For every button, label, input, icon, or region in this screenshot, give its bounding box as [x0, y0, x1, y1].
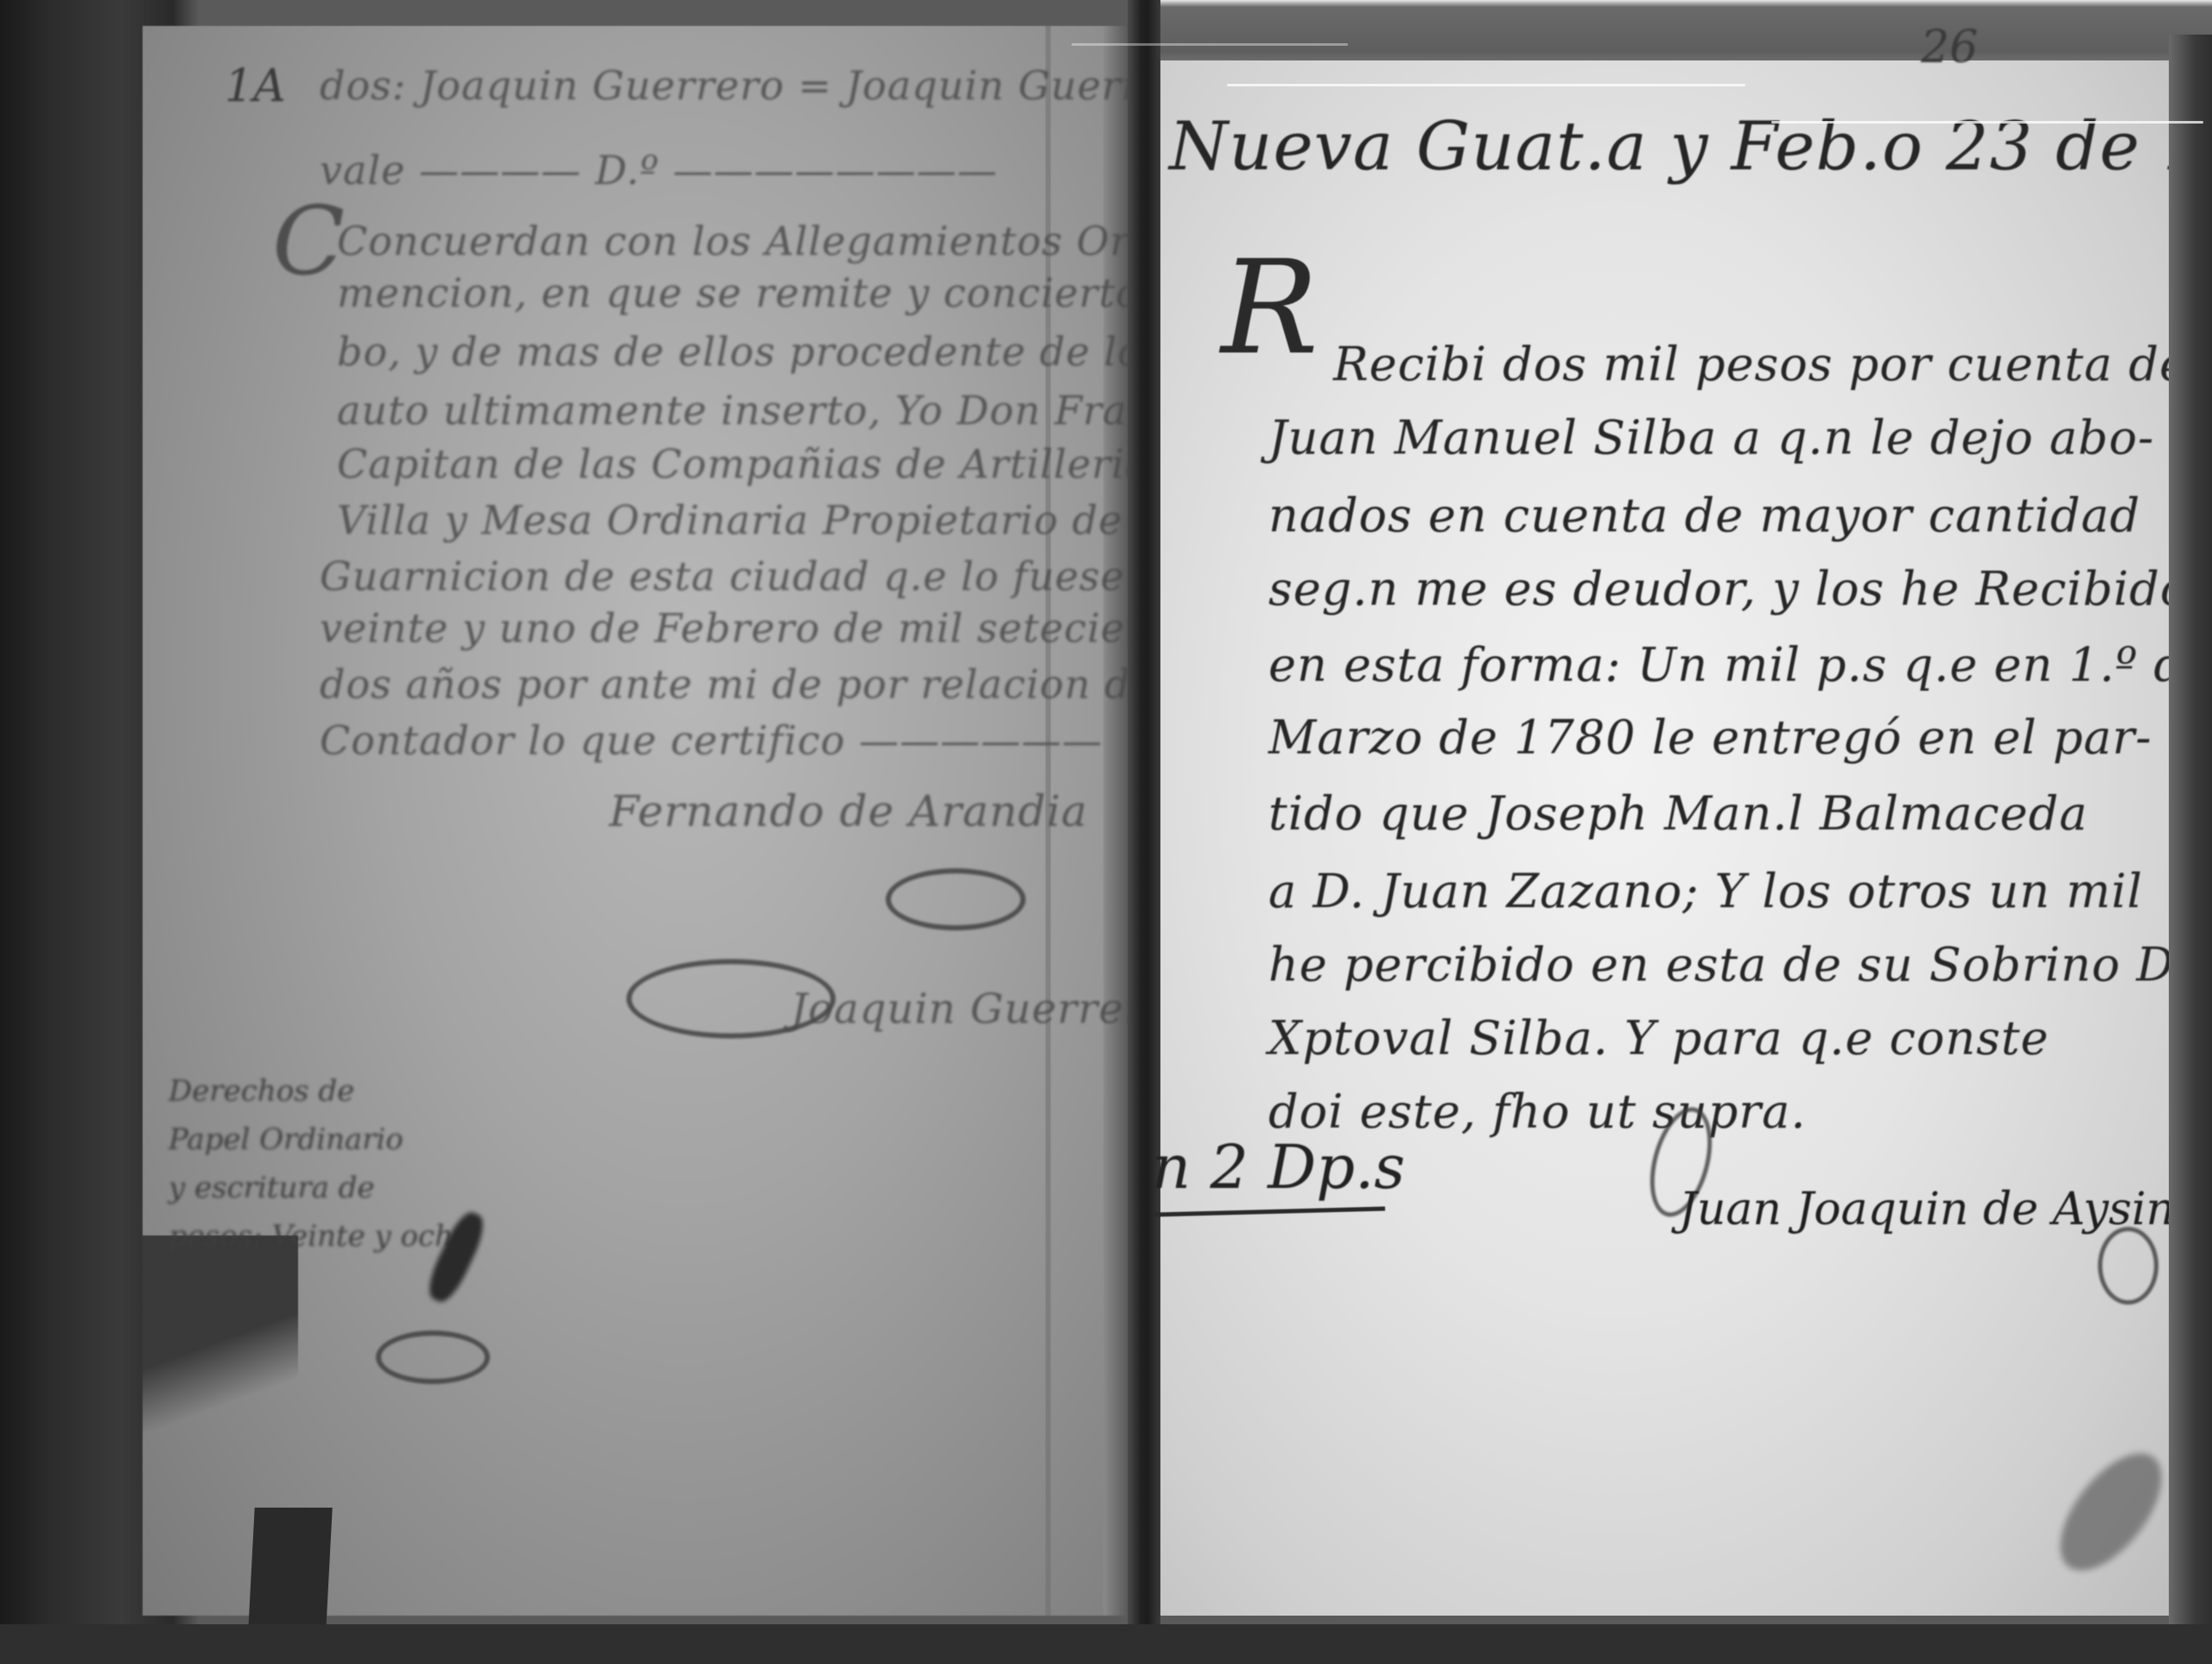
paper-stain — [2041, 1436, 2181, 1587]
attestation-name: Fernando de Arandia — [609, 786, 1088, 836]
text-line: Xptoval Silba. Y para q.e conste — [1268, 1011, 2050, 1065]
film-scratch — [1227, 84, 1745, 86]
text-line: tido que Joseph Man.l Balmaceda — [1268, 786, 2088, 841]
text-line: dos años por ante mi de por relacion del — [320, 661, 1169, 708]
page-inner-edge — [1103, 26, 1128, 1616]
margin-note-line: Papel Ordinario — [168, 1115, 471, 1164]
text-line: Villa y Mesa Ordinaria Propietario de la — [337, 497, 1174, 543]
margin-reference: n 2 Dp.s — [1152, 1132, 1405, 1203]
film-right-edge — [2169, 35, 2212, 1664]
left-page: 1A dos: Joaquin Guerrero = Joaquin Guerr… — [143, 26, 1128, 1616]
text-line: Recibi dos mil pesos por cuenta de D. — [1333, 337, 2212, 391]
text-line: Juan Manuel Silba a q.n le dejo abo- — [1268, 410, 2154, 465]
folio-mark: 1A — [225, 60, 286, 112]
torn-corner — [143, 1235, 298, 1512]
text-line: en esta forma: Un mil p.s q.e en 1.º de — [1268, 638, 2212, 692]
text-line: Marzo de 1780 le entregó en el par- — [1268, 710, 2152, 765]
text-line: dos: Joaquin Guerrero = Joaquin Guerrero — [320, 62, 1211, 109]
margin-note-line: Derechos de — [168, 1067, 471, 1115]
text-line: he percibido en esta de su Sobrino D. — [1268, 937, 2189, 992]
text-line: nados en cuenta de mayor cantidad — [1268, 488, 2140, 543]
text-line: doi este, fho ut supra. — [1268, 1084, 1806, 1139]
text-line: vale ———— D.º ———————— — [320, 147, 998, 194]
text-line: seg.n me es deudor, y los he Recibido — [1268, 562, 2189, 616]
reference-underline — [1152, 1206, 1385, 1216]
folio-number: 26 — [1921, 22, 1978, 73]
rubric-flourish — [886, 868, 1026, 930]
initial-letter: R — [1221, 233, 1319, 384]
signature: Joaquin Guerrero — [791, 985, 1171, 1033]
margin-note-line: pesos: Veinte y ocho — [168, 1212, 471, 1261]
text-line: a D. Juan Zazano; Y los otros un mil — [1268, 864, 2143, 918]
film-bottom-edge — [0, 1624, 2212, 1664]
text-line: Contador lo que certifico —————— — [320, 717, 1103, 764]
initial-letter: C — [272, 186, 345, 296]
place-date-header: Nueva Guat.a y Feb.o 23 de 1781. — [1169, 108, 2212, 186]
margin-note-line: y escritura de — [168, 1164, 471, 1212]
film-scratch — [1071, 43, 1348, 46]
right-page: 26 Nueva Guat.a y Feb.o 23 de 1781. R Re… — [1160, 60, 2171, 1616]
rubric-flourish — [376, 1331, 490, 1384]
film-scratch — [1771, 121, 2203, 124]
margin-note: Derechos de Papel Ordinario y escritura … — [168, 1067, 471, 1261]
signature-rubric — [2098, 1227, 2158, 1305]
book-gutter — [1128, 0, 1160, 1664]
film-top-band — [1158, 0, 2212, 69]
